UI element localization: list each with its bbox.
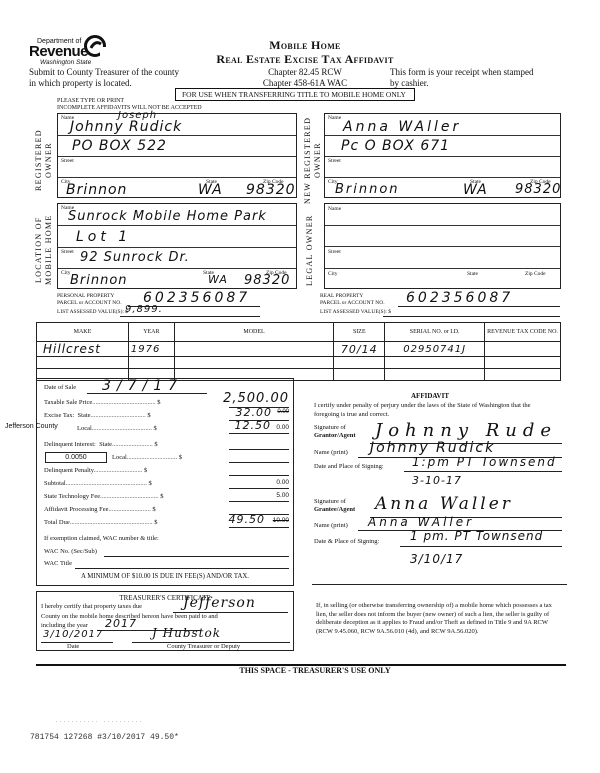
cell-make[interactable] [37,357,129,369]
revenue-logo-icon [84,35,106,57]
registered-owner-city-row[interactable]: City State Zip Code Brinnon WA 98320 [58,178,296,199]
affidavit-divider [312,584,567,585]
excise-local-label: Local...................................… [77,425,157,432]
date-of-sale-field[interactable]: 3/7/17 [87,384,207,394]
grantee-name-label: Name (print) [314,522,348,531]
excise-local-printed: 0.00 [276,424,289,431]
subtotal-label: Subtotal................................… [44,480,152,487]
grantee-signature-label: Signature ofGrantee/Agent [314,498,355,514]
treasurer-certificate-box: TREASURER'S CERTIFICATE I hereby certify… [36,591,294,651]
treasurer-signature-label: County Treasurer or Deputy [167,643,240,650]
registered-owner-box: Name Joseph Johnny Rudick PO BOX 522 Str… [57,113,297,198]
real-assessed-field[interactable] [383,309,560,317]
tech-fee-field[interactable]: 5.00 [229,492,289,502]
location-name: Sunrock Mobile Home Park [68,209,267,224]
table-header-row: MAKE YEAR MODEL SIZE SERIAL NO. or I.D. … [37,323,561,342]
new-owner-street-row[interactable]: Street [325,157,560,178]
new-owner-state: WA [463,182,488,198]
legal-owner-name-row[interactable]: Name [325,204,560,226]
grantor-date: 3-10-17 [412,474,462,487]
excise-local-handwritten: 12.50 [235,419,272,432]
personal-property-label-1: PERSONAL PROPERTY [57,293,114,299]
location-street: 92 Sunrock Dr. [80,250,190,265]
processing-fee-label: Affidavit Processing Fee................… [44,506,156,513]
new-owner-name: Anna WAller [343,119,461,135]
date-of-sale-label: Date of Sale [44,384,76,391]
registered-owner-street-row[interactable]: Street [58,157,296,178]
grantor-name-label: Name (print) [314,449,348,458]
treasurer-date: 3/10/2017 [43,629,103,640]
real-property-account-field[interactable]: 602356087 [398,296,560,307]
grantee-name: Anna WAller [368,515,474,529]
treasurer-signature-field[interactable]: J Hubstok [132,635,290,643]
chapter-rcw: Chapter 82.45 RCW [200,67,410,77]
minimum-due-note: A MINIMUM OF $10.00 IS DUE IN FEE(S) AND… [37,573,293,580]
county-name: Jefferson County [5,423,58,430]
treasurer-county-field[interactable]: Jefferson [173,604,288,613]
submit-note-1: Submit to County Treasurer of the county [29,67,179,77]
personal-assessed-value: 9,899. [125,304,163,315]
cell-serial[interactable] [385,369,485,381]
legal-owner-line2-row[interactable] [325,226,560,247]
personal-property-label-2: PARCEL or ACCOUNT NO. [57,300,122,306]
treasurer-county: Jefferson [183,595,256,611]
registered-owner-label: REGISTEREDOWNER [34,115,56,205]
new-owner-zip: 98320 [515,182,561,197]
excise-state-handwritten: 32.00 [236,406,273,419]
registered-owner-state: WA [198,182,223,198]
grantor-signature: Johnny Rude [375,420,557,441]
date-of-sale: 3/7/17 [102,378,183,394]
legal-owner-city-row[interactable]: City State Zip Code [325,269,560,290]
grantee-date-label: Date & Place of Signing: [314,538,379,547]
legal-owner-label: LEGAL OWNER [305,205,323,295]
cashier-receipt-stamp: 781754 127268 #3/10/2017 49.50* [30,733,179,742]
total-due-field[interactable]: 49.50 10.00 [229,518,289,528]
wac-title-field[interactable] [75,560,289,569]
wac-no-field[interactable] [104,548,289,557]
cell-model[interactable] [174,357,333,369]
location-city: Brinnon [70,273,128,288]
treasurer-line1: I hereby certify that property taxes due [41,603,142,612]
tech-fee: 5.00 [276,492,289,499]
form-title-line1: Mobile Home [200,38,410,53]
cell-make[interactable]: Hillcrest [37,342,129,357]
subtotal: 0.00 [276,479,289,486]
type-or-print-note: PLEASE TYPE OR PRINT [57,98,124,104]
cell-revenue-tax-code[interactable] [485,369,561,381]
location-line2: Lot 1 [76,229,131,245]
new-owner-line2: Pc O BOX 671 [341,138,450,154]
header-make: MAKE [37,323,129,342]
taxable-price-label: Taxable Sale Price......................… [44,399,161,406]
delinquent-interest-state-field[interactable] [229,440,289,450]
real-property-label-2: PARCEL or ACCOUNT NO. [320,300,385,306]
cell-size[interactable] [334,357,385,369]
header-serial: SERIAL NO. or I.D. [385,323,485,342]
cell-revenue-tax-code[interactable] [485,342,561,357]
location-name-row[interactable]: Name Sunrock Mobile Home Park [58,204,296,226]
submit-note-2: in which property is located. [29,78,132,88]
registered-owner-city: Brinnon [66,182,127,198]
affidavit-statement: I certify under penalty of perjury under… [314,402,546,419]
grantee-date-field[interactable]: 1 pm. PT Townsend [400,538,562,547]
registered-owner-line2-row[interactable]: PO BOX 522 [58,136,296,157]
dotted-stamp-trace: ··········· ·········· [55,719,143,725]
affidavit-title: AFFIDAVIT [300,392,560,400]
registered-owner-line2: PO BOX 522 [72,138,167,154]
registered-owner-name-row[interactable]: Name Joseph Johnny Rudick [58,114,296,136]
header-year: YEAR [128,323,174,342]
personal-assessed-label: LIST ASSESSED VALUE(S): $ [57,309,128,315]
grantee-signature: Anna Waller [375,494,513,514]
chapter-wac: Chapter 458-61A WAC [200,78,410,88]
header-model: MODEL [174,323,333,342]
logo-state-text: Washington State [40,59,91,66]
tax-lien-notice: If, in selling (or otherwise transferrin… [316,602,556,636]
excise-state-label: Excise Tax: State.......................… [44,412,151,419]
real-property-label-1: REAL PROPERTY [320,293,363,299]
cell-revenue-tax-code[interactable] [485,357,561,369]
delinquent-interest-local-label: Local............................... $ [112,454,182,461]
treasurer-year: 2017 [105,617,137,630]
grantee-date: 3/10/17 [410,552,463,566]
form-title-line2: Real Estate Excise Tax Affidavit [195,52,415,67]
mobile-home-only-banner: FOR USE WHEN TRANSFERRING TITLE TO MOBIL… [175,88,415,101]
interest-rate-box: 0.0050 [45,452,107,463]
cell-size[interactable] [334,369,385,381]
registered-owner-zip: 98320 [246,182,296,198]
logo-revenue-text: Revenue [29,45,88,59]
cell-year[interactable] [128,357,174,369]
new-owner-city-row[interactable]: City State Zip Code Brinnon WA 98320 [325,178,560,199]
grantor-name: Johnny Rudick [370,440,495,456]
location-zip: 98320 [244,273,290,288]
location-line2-row[interactable]: Lot 1 [58,226,296,248]
treasurer-date-label: Date [67,643,79,650]
mobile-home-table: MAKE YEAR MODEL SIZE SERIAL NO. or I.D. … [36,322,561,381]
legal-owner-box: Name Street City State Zip Code [324,203,561,289]
location-city-row[interactable]: City State Zip Code Brinnon WA 98320 [58,269,296,290]
registered-owner-name: Johnny Rudick [70,119,182,135]
location-street-row[interactable]: Street 92 Sunrock Dr. [58,248,296,269]
cell-serial[interactable] [385,357,485,369]
treasurer-date-field[interactable]: 3/10/2017 [41,635,113,643]
grantor-date-field[interactable]: 1:pm PT Townsend [404,463,562,472]
receipt-note-1: This form is your receipt when stamped [390,67,533,77]
delinquent-penalty-field[interactable] [229,466,289,476]
legal-owner-street-row[interactable]: Street [325,247,560,269]
exemption-label: If exemption claimed, WAC number & title… [44,535,159,542]
new-owner-name-row[interactable]: Name Anna WAller [325,114,560,136]
wac-no-label: WAC No. (Sec/Sub) [44,548,97,555]
treasurer-use-only-label: THIS SPACE - TREASURER'S USE ONLY [190,666,440,675]
revenue-logo: Department of Revenue Washington State [29,38,109,70]
total-due-printed: 10.00 [273,517,289,524]
header-size: SIZE [334,323,385,342]
wac-title-label: WAC Title [44,560,72,567]
taxable-price: 2,500.00 [223,391,289,406]
excise-local-field[interactable]: 12.50 0.00 [229,424,289,434]
table-row [37,357,561,369]
total-due-label: Total Due...............................… [44,519,157,526]
grantor-date-label: Date and Place of Signing: [314,463,384,472]
cell-serial[interactable]: 02950741J [385,342,485,357]
real-property-account-no: 602356087 [406,290,513,306]
grantee-date-place: 1 pm. PT Townsend [410,529,543,543]
tech-fee-label: State Technology Fee....................… [44,493,163,500]
excise-state-printed: 0.00 [277,409,289,415]
tax-calculation-box: Date of Sale 3/7/17 Taxable Sale Price..… [36,378,294,586]
cell-size[interactable]: 70/14 [334,342,385,357]
location-state: WA [208,273,228,286]
receipt-note-2: by cashier. [390,78,429,88]
cell-year[interactable]: 1976 [128,342,174,357]
cell-model[interactable] [174,342,333,357]
real-assessed-label: LIST ASSESSED VALUE(S): $ [320,309,391,315]
table-row: Hillcrest 1976 70/14 02950741J [37,342,561,357]
new-owner-city: Brinnon [335,182,400,197]
header-revenue-tax-code: REVENUE TAX CODE NO. [485,323,561,342]
location-box: Name Sunrock Mobile Home Park Lot 1 Stre… [57,203,297,289]
new-owner-line2-row[interactable]: Pc O BOX 671 [325,136,560,157]
treasurer-signature: J Hubstok [152,626,221,640]
grantor-signature-label: Signature ofGrantor/Agent [314,424,356,440]
subtotal-field[interactable]: 0.00 [229,479,289,489]
new-registered-owner-label: NEW REGISTEREDOWNER [303,115,325,205]
delinquent-interest-state-label: Delinquent Interest: State..............… [44,441,158,448]
total-due-handwritten: 49.50 [229,513,266,526]
location-label: LOCATION OFMOBILE HOME [34,205,56,295]
delinquent-penalty-label: Delinquent Penalty......................… [44,467,147,474]
grantor-date-place: 1:pm PT Townsend [412,455,557,469]
personal-assessed-field[interactable]: 9,899. [120,309,260,317]
delinquent-interest-local-field[interactable] [229,453,289,463]
new-registered-owner-box: Name Anna WAller Pc O BOX 671 Street Cit… [324,113,561,198]
